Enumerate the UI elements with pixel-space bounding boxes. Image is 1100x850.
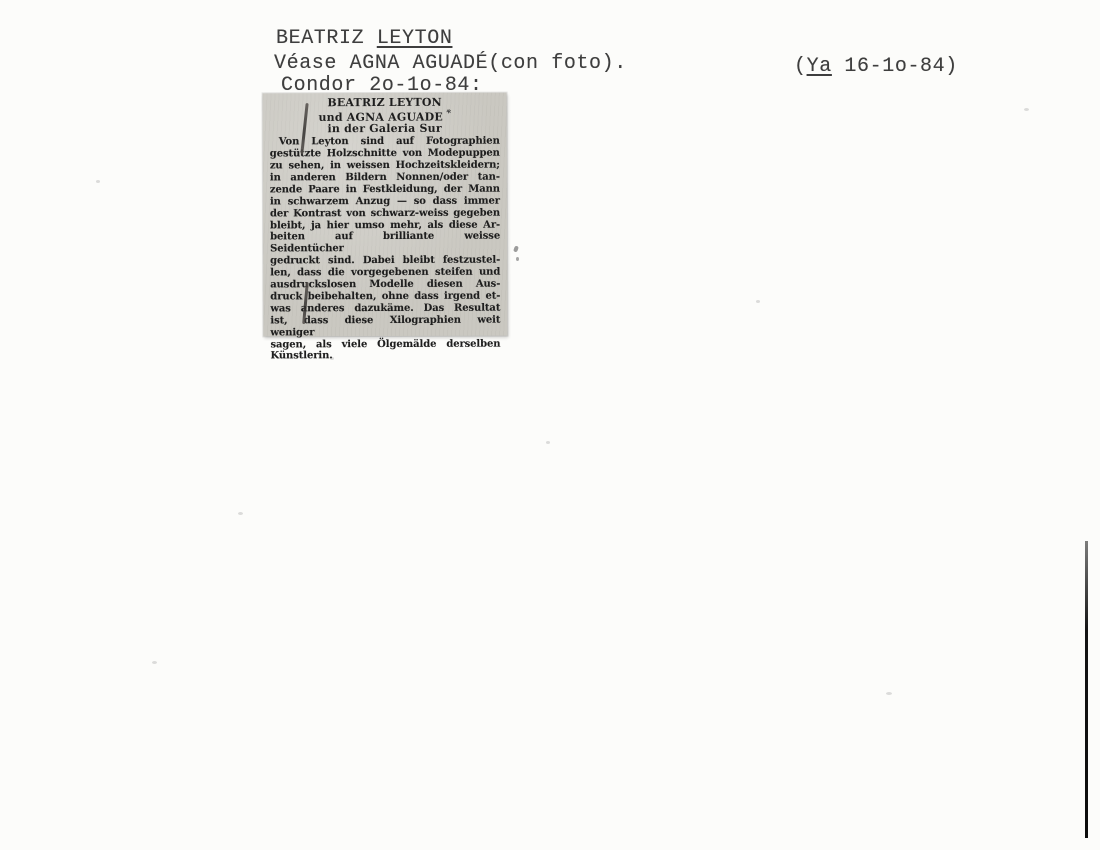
scan-speck <box>513 245 519 252</box>
typed-artist-name: BEATRIZ LEYTON <box>276 27 452 50</box>
typed-artist-name-prefix: BEATRIZ <box>276 27 377 50</box>
article-line: gedruckt sind. Dabei bleibt festzustel- <box>270 255 500 268</box>
scan-speck <box>756 300 760 303</box>
clipping-headline-line: BEATRIZ LEYTON <box>270 97 500 109</box>
article-line: zu sehen, in weissen Hochzeitskleidern; <box>270 160 500 173</box>
article-line: zende Paare in Festkleidung, der Mann <box>270 183 500 196</box>
scan-speck <box>330 357 334 360</box>
article-line: len, dass die vorgegebenen steifen und <box>270 267 500 280</box>
scan-speck <box>96 180 100 183</box>
ref-publication-underlined: Ya <box>807 55 832 78</box>
scan-speck <box>1024 108 1029 111</box>
article-line: beiten auf brilliante weisse Seidentüche… <box>270 231 500 256</box>
ref-open-paren: ( <box>794 55 807 78</box>
article-line: gestützte Holzschnitte von Modepuppen <box>270 148 500 161</box>
article-line: der Kontrast von schwarz-weiss gegeben <box>270 207 500 220</box>
scan-speck <box>516 257 519 261</box>
typed-right-reference: (Ya 16-1o-84) <box>794 55 958 78</box>
article-line: sagen, als viele Ölgemälde derselben <box>270 338 500 351</box>
ref-date: 16-1o-84) <box>832 55 958 78</box>
newspaper-clipping: BEATRIZ LEYTON und AGNA AGUADE* in der G… <box>263 93 508 337</box>
article-line: in schwarzem Anzug — so dass immer <box>270 195 500 208</box>
typed-cross-reference: Véase AGNA AGUADÉ(con foto). <box>274 52 627 75</box>
scan-speck <box>546 441 550 444</box>
typed-artist-surname-underlined: LEYTON <box>377 27 453 50</box>
scan-speck <box>152 661 157 664</box>
pen-squiggle-mark: * <box>445 108 452 120</box>
clipping-article-body: Von Leyton sind auf Fotographien gestütz… <box>270 136 501 363</box>
article-line: bleibt, ja hier umso mehr, als diese Ar- <box>270 219 500 232</box>
scan-edge-rule <box>1085 541 1088 838</box>
scan-speck <box>886 692 892 695</box>
article-line: in anderen Bildern Nonnen/oder tan- <box>270 171 500 184</box>
article-line: Künstlerin. <box>270 350 500 363</box>
scan-speck <box>238 512 243 515</box>
scanned-archive-card: BEATRIZ LEYTON Véase AGNA AGUADÉ(con fot… <box>0 0 1100 850</box>
